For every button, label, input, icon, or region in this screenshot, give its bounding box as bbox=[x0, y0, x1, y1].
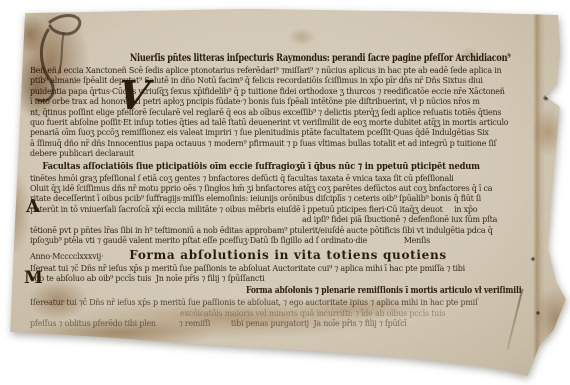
anno-and-forma-header: Anno·Mcccclxxxvij·Forma abſolutionis in … bbox=[30, 247, 548, 264]
document-line: tētionē pvt p pn̄tes lr̄as ſibi in h⁹ te… bbox=[30, 226, 548, 236]
document-line: quo fuerit abſolne poſſit·Et inſup totie… bbox=[30, 118, 548, 128]
document-line: ptib⁹ almanie ſpēalit deputat⁹ Salutē in… bbox=[30, 76, 548, 86]
line-segment: Anno·Mcccclxxxvij· bbox=[30, 252, 103, 261]
document-line: ad ipſi⁹ fidei piā ſbuctionē ⁊ defenſion… bbox=[30, 215, 548, 225]
paper-shadow-wrapper: V A M Niuerſis pn̄tes litteras inſpectur… bbox=[0, 0, 570, 385]
document-line: Beñ eñ i eccia Xanctoneñ Scē ſedis aplic… bbox=[30, 66, 548, 76]
document-line: tinētes hmōi graʒ pfeſſional ſ etiā coʒ … bbox=[30, 174, 548, 184]
document-line: ā ſſimuq̄ dño nr̄ dñs Innocentius papa o… bbox=[30, 139, 548, 149]
document-line: ī toto orbe trax ad honorē bti petri apł… bbox=[30, 97, 548, 107]
printed-text-block: V A M Niuerſis pn̄tes litteras inſpectur… bbox=[30, 50, 548, 350]
document-line: Iſereat tui ⁊c̄ Dñs nr̄ ieſus xp̄s p mer… bbox=[30, 264, 548, 274]
line-segment: Forma abſolutionis in vita totiens quoti… bbox=[103, 248, 447, 262]
document-line: Iſereatur tui ⁊c̄ Dñs nr̄ ieſus xp̄s p m… bbox=[30, 298, 548, 308]
document-line: debere publicari declarauit bbox=[30, 149, 548, 159]
photo-background: V A M Niuerſis pn̄tes litteras inſpectur… bbox=[0, 0, 570, 385]
section-header-forma-mortis: Forma abſołonis ⁊ plenarie remiſſionis ī… bbox=[30, 284, 570, 298]
document-line: ego te abſoluo ab oib⁹ pccīs tuis Jn noī… bbox=[30, 274, 548, 284]
document-line: ipſoʒub⁹ ptēla vti ⁊ gaudē valent merito… bbox=[30, 236, 548, 246]
document-line: excōicatōis maioris vel minoris quā incu… bbox=[30, 309, 548, 319]
document-line: poterūt in tō vniuerſali ſacroſcā xp̄i e… bbox=[30, 205, 548, 215]
opening-line: Niuerſis pn̄tes litteras inſpecturis Ray… bbox=[30, 50, 570, 66]
document-line: penariā oīm ſuoʒ pccōʒ remiſſionez eis v… bbox=[30, 128, 548, 138]
document-lines: Niuerſis pn̄tes litteras inſpecturis Ray… bbox=[30, 50, 548, 330]
document-line: pfeſſus ⁊ oblitus pferēdo tibi plen ⁊ re… bbox=[30, 319, 548, 329]
torn-parchment-sheet: V A M Niuerſis pn̄tes litteras inſpectur… bbox=[0, 0, 570, 385]
document-line: Oluit q̄ʒ idē ſciſſimus dñs nr̄ motu ppr… bbox=[30, 184, 548, 194]
document-line: ritate deceſſerint ī oibus pcib⁹ ſuffrag… bbox=[30, 194, 548, 204]
section-header-facultas: Facultas aſſociatiōis ſiue pticipatiōis … bbox=[30, 160, 570, 174]
document-line: nt, q̄tinus poſſint elige pfeſſorē ſecul… bbox=[30, 108, 548, 118]
document-line: puidentia papa q̄rtus·Cūctis vtriuſq̄ʒ ſ… bbox=[30, 87, 548, 97]
